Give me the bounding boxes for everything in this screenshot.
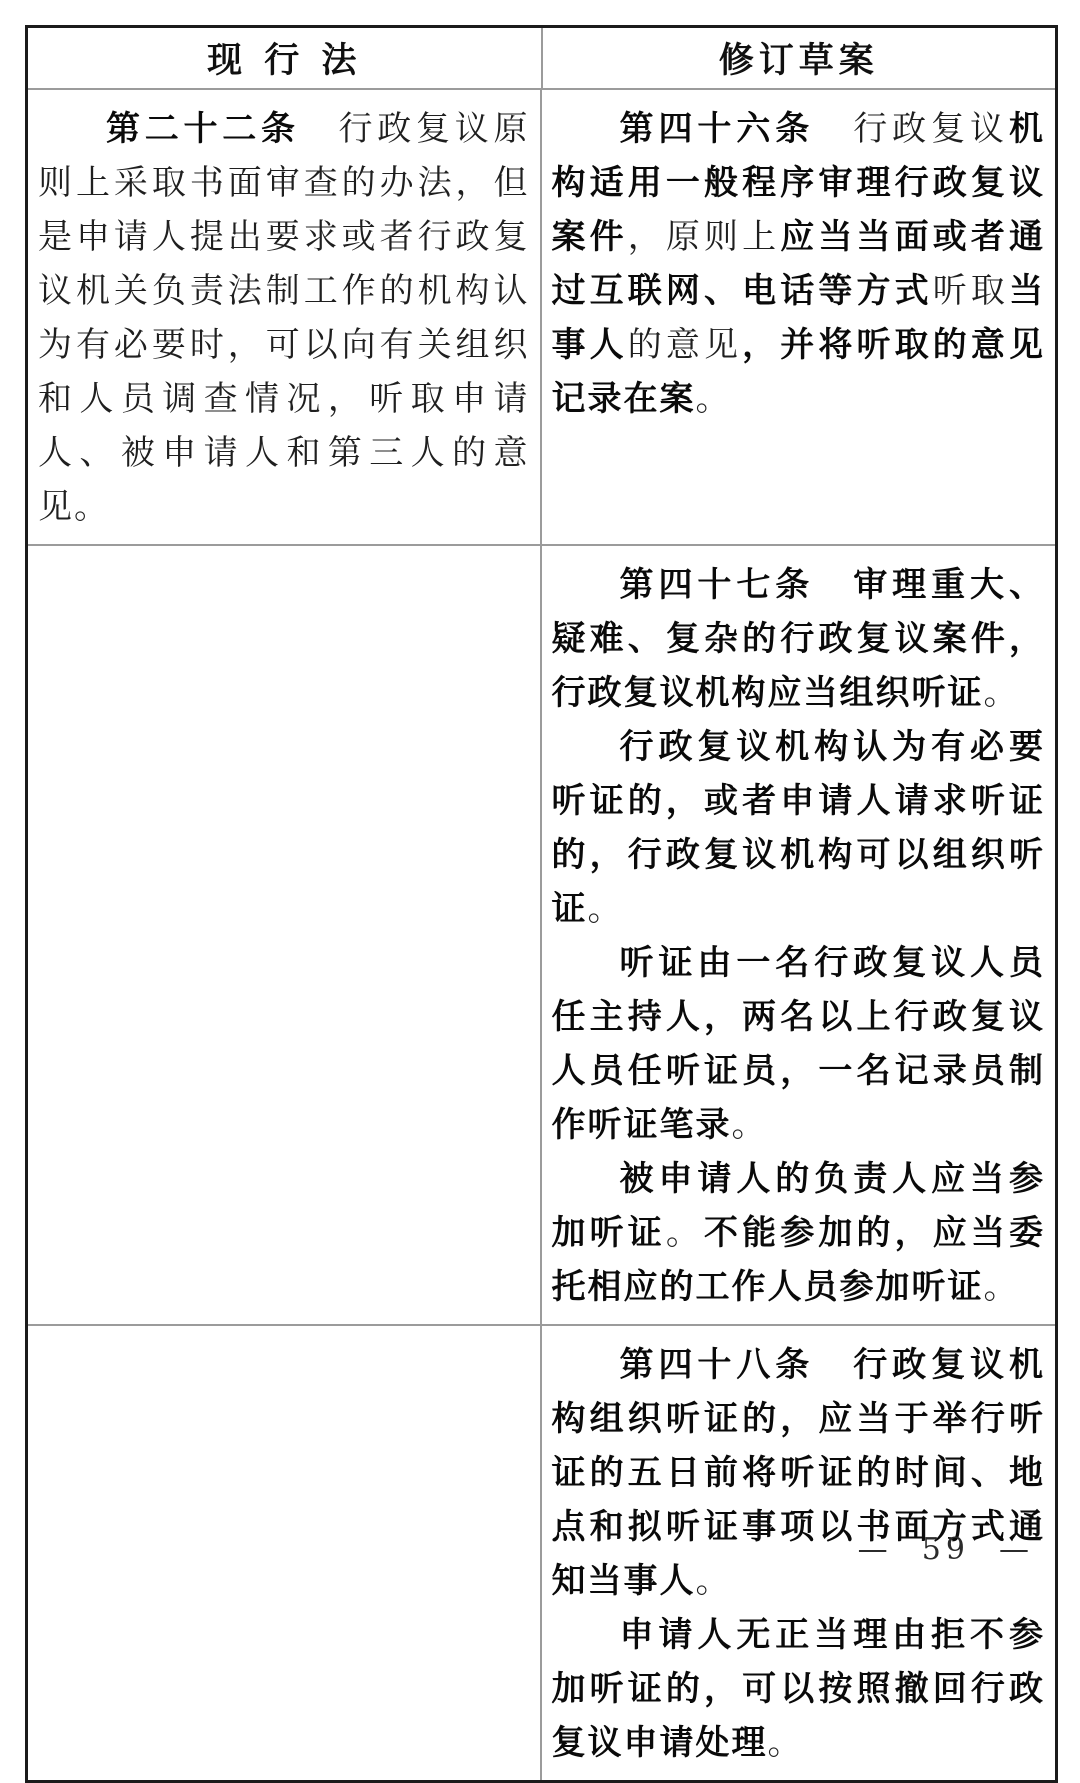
cell-revision-draft: 第四十六条 行政复议机构适用一般程序审理行政复议案件，原则上应当当面或者通过互联… (542, 90, 1056, 544)
text-segment: 。 (984, 673, 1020, 713)
column-header-current-law: 现 行 法 (28, 28, 543, 88)
cell-current-law (28, 1326, 542, 1780)
text-segment: 。 (588, 889, 624, 929)
text-segment: 第二十二条 (106, 109, 300, 149)
text-segment: 行政复议机构认为有必要听证的，或者申请人请求听证的，行政复议机构可以组织听证 (552, 727, 1046, 929)
text-segment: 。 (768, 1723, 804, 1763)
law-paragraph: 听证由一名行政复议人员任主持人，两名以上行政复议人员任听证员，一名记录员制作听证… (552, 936, 1046, 1152)
law-paragraph: 被申请人的负责人应当参加听证。不能参加的，应当委托相应的工作人员参加听证。 (552, 1152, 1046, 1314)
table-row: 第二十二条 行政复议原则上采取书面审查的办法，但是申请人提出要求或者行政复议机关… (28, 90, 1055, 544)
column-header-revision-draft: 修订草案 (543, 28, 1056, 88)
text-segment: 。 (984, 1267, 1020, 1307)
text-segment: 第四十八条 (620, 1345, 815, 1385)
cell-revision-draft: 第四十七条 审理重大、疑难、复杂的行政复议案件，行政复议机构应当组织听证。行政复… (542, 546, 1056, 1324)
cell-current-law: 第二十二条 行政复议原则上采取书面审查的办法，但是申请人提出要求或者行政复议机关… (28, 90, 542, 544)
text-segment: 。 (696, 379, 732, 419)
text-segment: 行政复议 (814, 109, 1009, 149)
law-paragraph: 第四十七条 审理重大、疑难、复杂的行政复议案件，行政复议机构应当组织听证。 (552, 558, 1046, 720)
text-segment: 。 (696, 1561, 732, 1601)
text-segment: 第四十六条 (620, 109, 815, 149)
text-segment: 。 (732, 1105, 768, 1145)
table-header-row: 现 行 法 修订草案 (28, 28, 1055, 90)
law-paragraph: 第四十六条 行政复议机构适用一般程序审理行政复议案件，原则上应当当面或者通过互联… (552, 102, 1046, 426)
law-paragraph: 行政复议机构认为有必要听证的，或者申请人请求听证的，行政复议机构可以组织听证。 (552, 720, 1046, 936)
law-paragraph: 第四十八条 行政复议机构组织听证的，应当于举行听证的五日前将听证的时间、地点和拟… (552, 1338, 1046, 1608)
text-segment: 行政复议原则上采取书面审查的办法，但是申请人提出要求或者行政复议机关负责法制工作… (38, 109, 530, 527)
document-page: { "document": { "page_label": "— 59 —", … (0, 0, 1080, 1596)
cell-current-law (28, 546, 542, 1324)
table-body: 第二十二条 行政复议原则上采取书面审查的办法，但是申请人提出要求或者行政复议机关… (28, 90, 1055, 1780)
text-segment: ，原则上 (628, 217, 781, 257)
page-number: — 59 — (858, 1532, 1034, 1567)
table-row: 第四十七条 审理重大、疑难、复杂的行政复议案件，行政复议机构应当组织听证。行政复… (28, 544, 1055, 1324)
law-paragraph: 第二十二条 行政复议原则上采取书面审查的办法，但是申请人提出要求或者行政复议机关… (38, 102, 530, 534)
text-segment: 听取 (933, 271, 1009, 311)
law-paragraph: 申请人无正当理由拒不参加听证的，可以按照撤回行政复议申请处理。 (552, 1608, 1046, 1770)
text-segment: 。 (666, 1213, 704, 1253)
law-comparison-table: 现 行 法 修订草案 第二十二条 行政复议原则上采取书面审查的办法，但是申请人提… (25, 25, 1058, 1783)
text-segment: 的意见 (628, 325, 742, 365)
text-segment: 听证由一名行政复议人员任主持人，两名以上行政复议人员任听证员，一名记录员制作听证… (552, 943, 1046, 1145)
text-segment: 第四十七条 (620, 565, 815, 605)
